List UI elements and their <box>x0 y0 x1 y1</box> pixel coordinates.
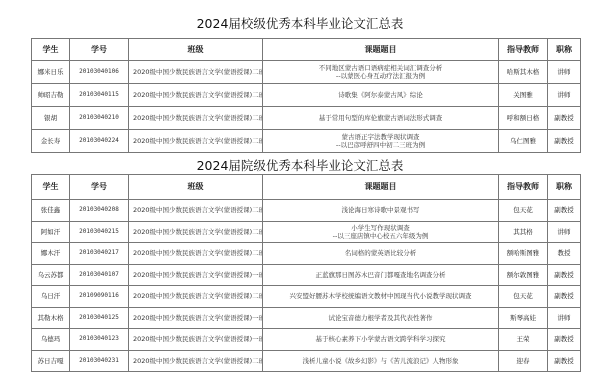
class-name: 2020级中国少数民族语言文学(蒙语授课)二班 <box>129 221 263 243</box>
class-name: 2020级中国少数民族语言文学(蒙语授课)二班 <box>129 243 263 265</box>
header-advisor: 指导教师 <box>499 175 548 200</box>
thesis-topic: 正蓝旗那日图苏木巴音门都嘎查地名调查分析 <box>263 264 499 286</box>
table-row: 娜木汗 20103040217 2020级中国少数民族语言文学(蒙语授课)二班 … <box>32 243 581 265</box>
student-name: 其勒木格 <box>32 307 70 329</box>
class-name: 2020级中国少数民族语言文学(蒙语授课)一班 <box>129 307 263 329</box>
table-row: 银胡 20103040210 2020级中国少数民族语言文学(蒙语授课)二班 基… <box>32 107 581 130</box>
student-name: 娜木汗 <box>32 243 70 265</box>
table-row: 乌云苏都 20103040107 2020级中国少数民族语言文学(蒙语授课)一班… <box>32 264 581 286</box>
student-name: 阿如汗 <box>32 221 70 243</box>
advisor: 额哈斯图雅 <box>499 243 548 265</box>
table-row: 帅昭吉勒 20103040115 2020级中国少数民族语言文学(蒙语授课)二班… <box>32 84 581 107</box>
advisor: 王荣 <box>499 329 548 351</box>
header-student-id: 学号 <box>70 175 129 200</box>
table-row: 乌日汗 20109090116 2020级中国少数民族语言文学(蒙语授课)二班 … <box>32 286 581 308</box>
student-name: 娜米日乐 <box>32 61 70 84</box>
header-class: 班级 <box>129 39 263 61</box>
college-table-title: 2024届院级优秀本科毕业论文汇总表 <box>0 156 600 174</box>
school-table-title: 2024届校级优秀本科毕业论文汇总表 <box>0 14 600 32</box>
advisor-rank: 副教授 <box>548 107 581 130</box>
header-class: 班级 <box>129 175 263 200</box>
advisor-rank: 副教授 <box>548 350 581 372</box>
student-id: 20109090116 <box>70 286 129 308</box>
student-id: 20103040215 <box>70 221 129 243</box>
advisor: 呼和额日格 <box>499 107 548 130</box>
student-name: 金长寿 <box>32 130 70 153</box>
student-id: 20103040224 <box>70 130 129 153</box>
thesis-topic: 基于常用句型的库伦旗蒙古语词法形式调查 <box>263 107 499 130</box>
thesis-topic: 浅析儿童小说《故乡幻影》与《苦儿流浪记》人物形象 <box>263 350 499 372</box>
header-advisor: 指导教师 <box>499 39 548 61</box>
header-student: 学生 <box>32 39 70 61</box>
advisor: 包天花 <box>499 200 548 222</box>
advisor-rank: 讲师 <box>548 61 581 84</box>
student-id: 20103040115 <box>70 84 129 107</box>
class-name: 2020级中国少数民族语言文学(蒙语授课)二班 <box>129 200 263 222</box>
class-name: 2020级中国少数民族语言文学(蒙语授课)二班 <box>129 107 263 130</box>
thesis-topic: 不同地区蒙古语口语病症相关词汇调查分析--以蒙医心身互动疗法汇报为例 <box>263 61 499 84</box>
class-name: 2020级中国少数民族语言文学(蒙语授课)二班 <box>129 286 263 308</box>
class-name: 2020级中国少数民族语言文学(蒙语授课)二班 <box>129 61 263 84</box>
header-student: 学生 <box>32 175 70 200</box>
advisor-rank: 副教授 <box>548 286 581 308</box>
advisor-rank: 讲师 <box>548 307 581 329</box>
header-rank: 职称 <box>548 39 581 61</box>
student-name: 苏日吉嘎 <box>32 350 70 372</box>
school-level-table: 学生 学号 班级 课题题目 指导教师 职称 娜米日乐 20103040106 2… <box>31 38 581 153</box>
advisor: 斯琴高娃 <box>499 307 548 329</box>
thesis-topic: 名词格的蒙英语比较分析 <box>263 243 499 265</box>
class-name: 2020级中国少数民族语言文学(蒙语授课)二班 <box>129 84 263 107</box>
header-topic: 课题题目 <box>263 175 499 200</box>
table-header-row: 学生 学号 班级 课题题目 指导教师 职称 <box>32 39 581 61</box>
student-name: 张佳鑫 <box>32 200 70 222</box>
student-id: 20103040123 <box>70 329 129 351</box>
advisor-rank: 副教授 <box>548 329 581 351</box>
class-name: 2020级中国少数民族语言文学(蒙语授课)二班 <box>129 350 263 372</box>
advisor-rank: 教授 <box>548 243 581 265</box>
advisor-rank: 副教授 <box>548 264 581 286</box>
student-name: 乌日汗 <box>32 286 70 308</box>
student-name: 乌云苏都 <box>32 264 70 286</box>
student-name: 银胡 <box>32 107 70 130</box>
advisor: 关图雅 <box>499 84 548 107</box>
advisor: 迎春 <box>499 350 548 372</box>
advisor: 哈斯其木格 <box>499 61 548 84</box>
table-row: 金长寿 20103040224 2020级中国少数民族语言文学(蒙语授课)二班 … <box>32 130 581 153</box>
table-row: 阿如汗 20103040215 2020级中国少数民族语言文学(蒙语授课)二班 … <box>32 221 581 243</box>
student-name: 帅昭吉勒 <box>32 84 70 107</box>
table-header-row: 学生 学号 班级 课题题目 指导教师 职称 <box>32 175 581 200</box>
thesis-topic: 蒙古语正字法教学现状调查--以巴彦呼舒四中初二三班为例 <box>263 130 499 153</box>
table-row: 娜米日乐 20103040106 2020级中国少数民族语言文学(蒙语授课)二班… <box>32 61 581 84</box>
thesis-topic: 浅论海日寒诗歌中景观书写 <box>263 200 499 222</box>
header-rank: 职称 <box>548 175 581 200</box>
advisor-rank: 讲师 <box>548 84 581 107</box>
student-id: 20103040208 <box>70 200 129 222</box>
student-id: 20103040125 <box>70 307 129 329</box>
advisor: 其其格 <box>499 221 548 243</box>
student-id: 20103040107 <box>70 264 129 286</box>
table-row: 苏日吉嘎 20103040231 2020级中国少数民族语言文学(蒙语授课)二班… <box>32 350 581 372</box>
class-name: 2020级中国少数民族语言文学(蒙语授课)一班 <box>129 264 263 286</box>
thesis-topic: 试论宝音德力根学者及其代表性著作 <box>263 307 499 329</box>
advisor: 额尔敦图雅 <box>499 264 548 286</box>
thesis-topic: 小学生写作现状调查--以三座店镇中心校五六年级为例 <box>263 221 499 243</box>
student-id: 20103040210 <box>70 107 129 130</box>
advisor-rank: 副教授 <box>548 200 581 222</box>
thesis-topic: 基于核心素养下小学蒙古语文跨学科学习探究 <box>263 329 499 351</box>
advisor-rank: 讲师 <box>548 221 581 243</box>
student-id: 20103040231 <box>70 350 129 372</box>
class-name: 2020级中国少数民族语言文学(蒙语授课)一班 <box>129 329 263 351</box>
class-name: 2020级中国少数民族语言文学(蒙语授课)二班 <box>129 130 263 153</box>
advisor: 乌仁图雅 <box>499 130 548 153</box>
table-row: 其勒木格 20103040125 2020级中国少数民族语言文学(蒙语授课)一班… <box>32 307 581 329</box>
advisor-rank: 副教授 <box>548 130 581 153</box>
advisor: 包天花 <box>499 286 548 308</box>
student-id: 20103040217 <box>70 243 129 265</box>
thesis-topic: 诗歌集《阿尔泰蒙古风》综论 <box>263 84 499 107</box>
thesis-topic: 兴安盟好腰苏木学校统编语文教材中国现当代小说教学现状调查 <box>263 286 499 308</box>
header-topic: 课题题目 <box>263 39 499 61</box>
student-name: 乌德玛 <box>32 329 70 351</box>
table-row: 乌德玛 20103040123 2020级中国少数民族语言文学(蒙语授课)一班 … <box>32 329 581 351</box>
table-row: 张佳鑫 20103040208 2020级中国少数民族语言文学(蒙语授课)二班 … <box>32 200 581 222</box>
student-id: 20103040106 <box>70 61 129 84</box>
college-level-table: 学生 学号 班级 课题题目 指导教师 职称 张佳鑫 20103040208 20… <box>31 174 581 372</box>
header-student-id: 学号 <box>70 39 129 61</box>
